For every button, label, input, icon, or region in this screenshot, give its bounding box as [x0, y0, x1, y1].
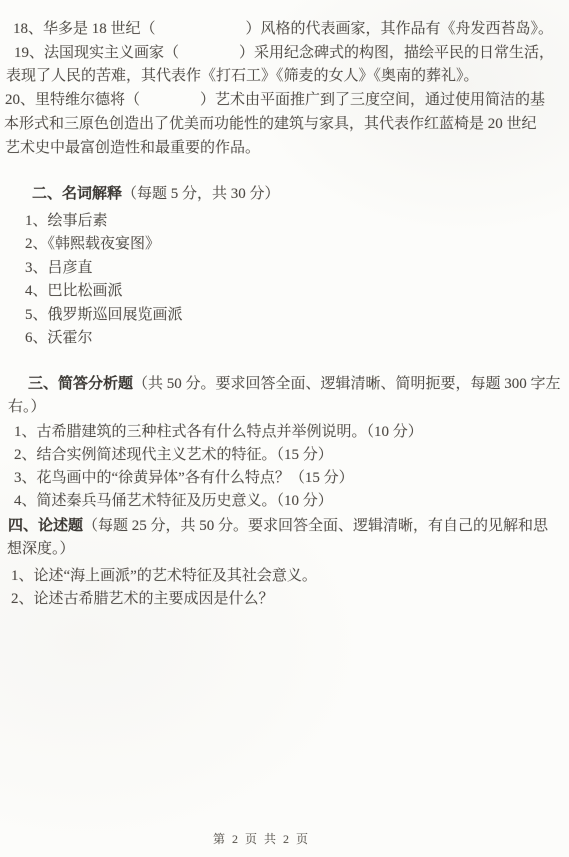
section-short-answer-heading: 三、简答分析题（共 50 分。要求回答全面、逻辑清晰、简明扼要，每题 300 字… — [0, 373, 569, 396]
question-20-continuation-1: 本形式和三原色创造出了优美而功能性的建筑与家具，其代表作红蓝椅是 20 世纪 — [0, 113, 569, 137]
fill-blank-questions: 18、华多是 18 世纪（ ）风格的代表画家，其作品有《舟发西苔岛》。 19、法… — [0, 18, 569, 160]
term-item-1: 1、绘事后素 — [0, 210, 569, 234]
section-term-explanation: 二、名词解释（每题 5 分，共 30 分） 1、绘事后素 2、《韩熙载夜宴图》 … — [0, 183, 569, 351]
short-answer-item-1: 1、古希腊建筑的三种柱式各有什么特点并举例说明。（10 分） — [0, 421, 569, 444]
section-essay: 四、论述题（每题 25 分，共 50 分。要求回答全面、逻辑清晰，有自己的见解和… — [0, 515, 569, 611]
short-answer-item-2: 2、结合实例简述现代主义艺术的特征。（15 分） — [0, 444, 569, 467]
section-essay-heading-note: （每题 25 分，共 50 分。要求回答全面、逻辑清晰，有自己的见解和思 — [83, 518, 548, 534]
term-item-6: 6、沃霍尔 — [0, 327, 569, 351]
term-item-4: 4、巴比松画派 — [0, 280, 569, 304]
essay-items: 1、论述“海上画派”的艺术特征及其社会意义。 2、论述古希腊艺术的主要成因是什么… — [0, 565, 569, 611]
section-term-heading-title: 二、名词解释 — [32, 186, 122, 202]
question-20-continuation-2: 艺术史中最富创造性和最重要的作品。 — [0, 137, 569, 161]
term-items: 1、绘事后素 2、《韩熙载夜宴图》 3、吕彦直 4、巴比松画派 5、俄罗斯巡回展… — [0, 210, 569, 351]
section-essay-heading-note-continuation: 想深度。） — [0, 538, 569, 561]
page-number: 第 2 页 共 2 页 — [0, 830, 546, 847]
section-short-answer-heading-note-continuation: 右。） — [0, 396, 569, 419]
section-short-answer-heading-title: 三、简答分析题 — [28, 376, 133, 392]
section-term-heading: 二、名词解释（每题 5 分，共 30 分） — [0, 183, 569, 207]
essay-item-1: 1、论述“海上画派”的艺术特征及其社会意义。 — [0, 565, 569, 588]
term-item-5: 5、俄罗斯巡回展览画派 — [0, 304, 569, 328]
question-19-continuation: 表现了人民的苦难，其代表作《打石工》《筛麦的女人》《奥南的葬礼》。 — [0, 65, 569, 89]
section-essay-heading-title: 四、论述题 — [8, 518, 83, 534]
section-short-answer: 三、简答分析题（共 50 分。要求回答全面、逻辑清晰、简明扼要，每题 300 字… — [0, 373, 569, 513]
term-item-3: 3、吕彦直 — [0, 257, 569, 281]
question-20-line: 20、里特维尔德将（ ）艺术由平面推广到了三度空间，通过使用简洁的基 — [0, 89, 569, 113]
question-19-line: 19、法国现实主义画家（ ）采用纪念碑式的构图，描绘平民的日常生活， — [0, 42, 569, 66]
section-term-heading-note: （每题 5 分，共 30 分） — [122, 186, 280, 202]
section-essay-heading: 四、论述题（每题 25 分，共 50 分。要求回答全面、逻辑清晰，有自己的见解和… — [0, 515, 569, 538]
short-answer-item-4: 4、简述秦兵马俑艺术特征及历史意义。（10 分） — [0, 490, 569, 513]
term-item-2: 2、《韩熙载夜宴图》 — [0, 233, 569, 257]
short-answer-items: 1、古希腊建筑的三种柱式各有什么特点并举例说明。（10 分） 2、结合实例简述现… — [0, 421, 569, 513]
section-short-answer-heading-note: （共 50 分。要求回答全面、逻辑清晰、简明扼要，每题 300 字左 — [133, 376, 561, 392]
exam-paper-page: 18、华多是 18 世纪（ ）风格的代表画家，其作品有《舟发西苔岛》。 19、法… — [0, 0, 569, 857]
question-18-line: 18、华多是 18 世纪（ ）风格的代表画家，其作品有《舟发西苔岛》。 — [0, 18, 569, 42]
short-answer-item-3: 3、花鸟画中的“徐黄异体”各有什么特点？（15 分） — [0, 467, 569, 490]
essay-item-2: 2、论述古希腊艺术的主要成因是什么？ — [0, 588, 569, 611]
